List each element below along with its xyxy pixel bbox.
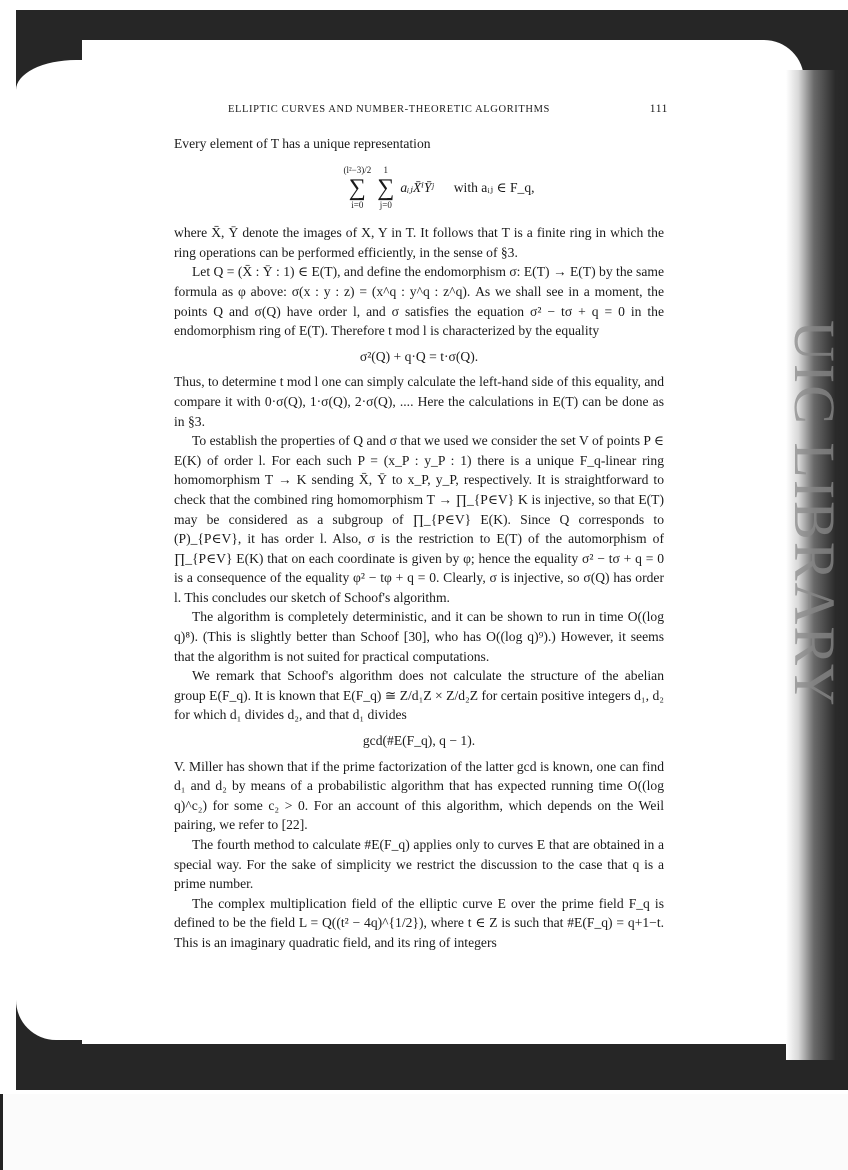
- sum-condition: with aᵢⱼ ∈ F_q,: [454, 178, 535, 198]
- sum-j-lower: j=0: [380, 200, 392, 211]
- paragraph-4: Thus, to determine t mod l one can simpl…: [174, 372, 664, 431]
- sum-i-lower: i=0: [351, 200, 363, 211]
- sigma-icon: ∑: [349, 176, 366, 200]
- library-stamp: UIC LIBRARY: [768, 320, 848, 710]
- running-header: ELLIPTIC CURVES AND NUMBER-THEORETIC ALG…: [228, 100, 664, 120]
- running-title: ELLIPTIC CURVES AND NUMBER-THEORETIC ALG…: [228, 100, 550, 120]
- paragraph-3: Let Q = (X̄ : Ȳ : 1) ∈ E(T), and define …: [174, 262, 664, 340]
- next-scan-edge: [0, 1094, 848, 1170]
- paragraph-9: The fourth method to calculate #E(F_q) a…: [174, 835, 664, 894]
- sum-term: aᵢⱼX̄ⁱȲʲ: [400, 178, 433, 198]
- paragraph-7: We remark that Schoof's algorithm does n…: [174, 666, 664, 725]
- page-content: ELLIPTIC CURVES AND NUMBER-THEORETIC ALG…: [174, 100, 664, 953]
- page-number: 111: [650, 100, 668, 120]
- paragraph-5: To establish the properties of Q and σ t…: [174, 431, 664, 607]
- sigma-icon: ∑: [377, 176, 394, 200]
- paragraph-10: The complex multiplication field of the …: [174, 894, 664, 953]
- display-equation-sum: (l²−3)/2 ∑ i=0 1 ∑ j=0 aᵢⱼX̄ⁱȲʲ with aᵢⱼ…: [214, 153, 664, 223]
- paragraph-6: The algorithm is completely deterministi…: [174, 607, 664, 666]
- facing-page-edge: [16, 60, 85, 1040]
- paragraph-2: where X̄, Ȳ denote the images of X, Y in…: [174, 223, 664, 262]
- sum-i: (l²−3)/2 ∑ i=0: [343, 165, 371, 211]
- display-equation-1: σ²(Q) + q·Q = t·σ(Q).: [174, 347, 664, 367]
- sum-j: 1 ∑ j=0: [377, 165, 394, 211]
- paragraph-8: V. Miller has shown that if the prime fa…: [174, 757, 664, 835]
- display-equation-2: gcd(#E(F_q), q − 1).: [174, 731, 664, 751]
- paragraph-1: Every element of T has a unique represen…: [174, 134, 664, 154]
